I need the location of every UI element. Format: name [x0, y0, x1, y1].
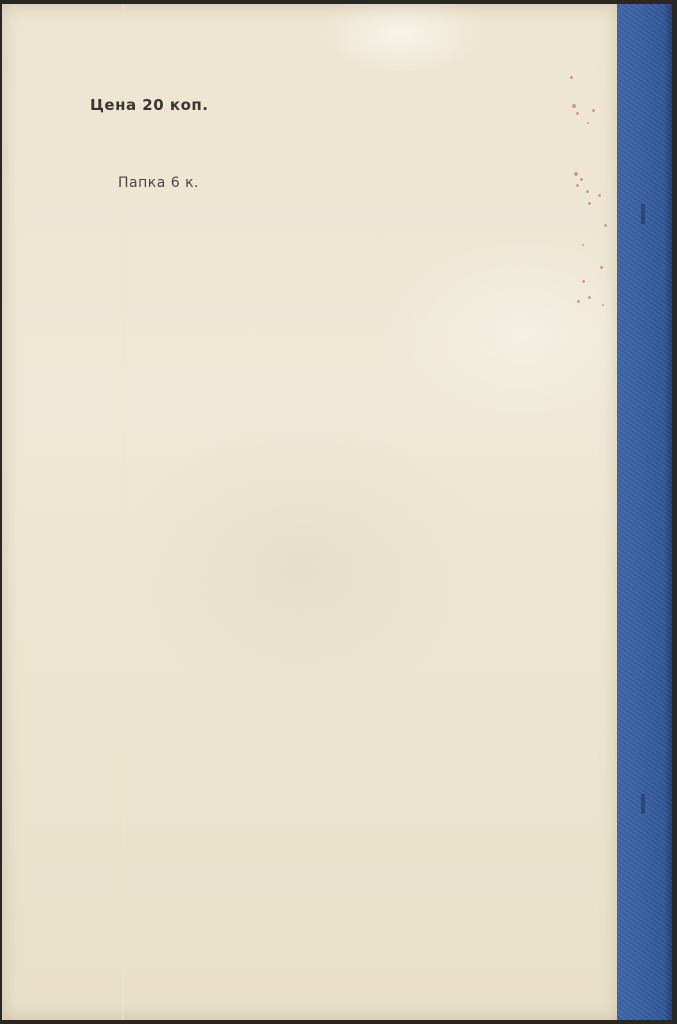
book-cover: Цена 20 коп. Папка 6 к.	[0, 0, 677, 1024]
spine-mark	[641, 794, 645, 814]
back-cover-paper: Цена 20 коп. Папка 6 к.	[2, 4, 618, 1020]
cloth-spine	[617, 4, 672, 1020]
spine-mark	[641, 204, 645, 224]
folder-price-label: Папка 6 к.	[118, 175, 199, 191]
price-label: Цена 20 коп.	[90, 96, 208, 114]
